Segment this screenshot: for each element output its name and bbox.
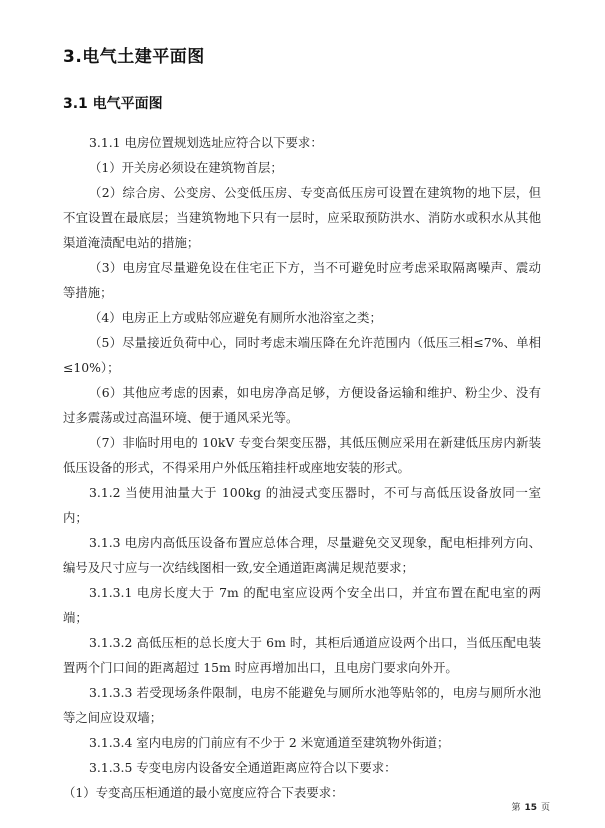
paragraph: （1）开关房必须设在建筑物首层； xyxy=(63,155,541,180)
paragraph: 3.1.3.5 专变电房内设备安全通道距离应符合以下要求： xyxy=(63,755,541,780)
page-label-suffix: 页 xyxy=(541,803,550,813)
paragraph: 3.1.1 电房位置规划选址应符合以下要求： xyxy=(63,130,541,155)
paragraph: 3.1.3 电房内高低压设备布置应总体合理，尽量避免交叉现象，配电柜排列方向、编… xyxy=(63,530,541,580)
paragraph: （6）其他应考虑的因素，如电房净高足够，方便设备运输和维护、粉尘少、没有过多震荡… xyxy=(63,380,541,430)
document-page: 3.电气土建平面图 3.1 电气平面图 3.1.1 电房位置规划选址应符合以下要… xyxy=(0,0,605,828)
section-heading: 3.1 电气平面图 xyxy=(63,93,163,113)
paragraph: 3.1.2 当使用油量大于 100kg 的油浸式变压器时，不可与高低压设备放同一… xyxy=(63,480,541,530)
document-body: 3.1.1 电房位置规划选址应符合以下要求： （1）开关房必须设在建筑物首层； … xyxy=(63,130,541,805)
paragraph: （5）尽量接近负荷中心，同时考虑末端压降在允许范围内（低压三相≤7%、单相≤10… xyxy=(63,330,541,380)
paragraph: 3.1.3.3 若受现场条件限制，电房不能避免与厕所水池等贴邻的，电房与厕所水池… xyxy=(63,680,541,730)
chapter-heading: 3.电气土建平面图 xyxy=(63,42,205,67)
paragraph: 3.1.3.4 室内电房的门前应有不少于 2 米宽通道至建筑物外街道； xyxy=(63,730,541,755)
paragraph: 3.1.3.2 高低压柜的总长度大于 6m 时，其柜后通道应设两个出口，当低压配… xyxy=(63,630,541,680)
page-label-prefix: 第 xyxy=(511,803,520,813)
page-number: 15 xyxy=(524,803,537,813)
paragraph: （4）电房正上方或贴邻应避免有厕所水池浴室之类； xyxy=(63,305,541,330)
paragraph: （3）电房宜尽量避免设在住宅正下方，当不可避免时应考虑采取隔离噪声、震动等措施； xyxy=(63,255,541,305)
paragraph: 3.1.3.1 电房长度大于 7m 的配电室应设两个安全出口，并宜布置在配电室的… xyxy=(63,580,541,630)
page-footer: 第15页 xyxy=(511,800,550,813)
paragraph: （2）综合房、公变房、公变低压房、专变高低压房可设置在建筑物的地下层，但不宜设置… xyxy=(63,180,541,255)
paragraph: （7）非临时用电的 10kV 专变台架变压器，其低压侧应采用在新建低压房内新装低… xyxy=(63,430,541,480)
paragraph: （1）专变高压柜通道的最小宽度应符合下表要求： xyxy=(63,780,541,805)
